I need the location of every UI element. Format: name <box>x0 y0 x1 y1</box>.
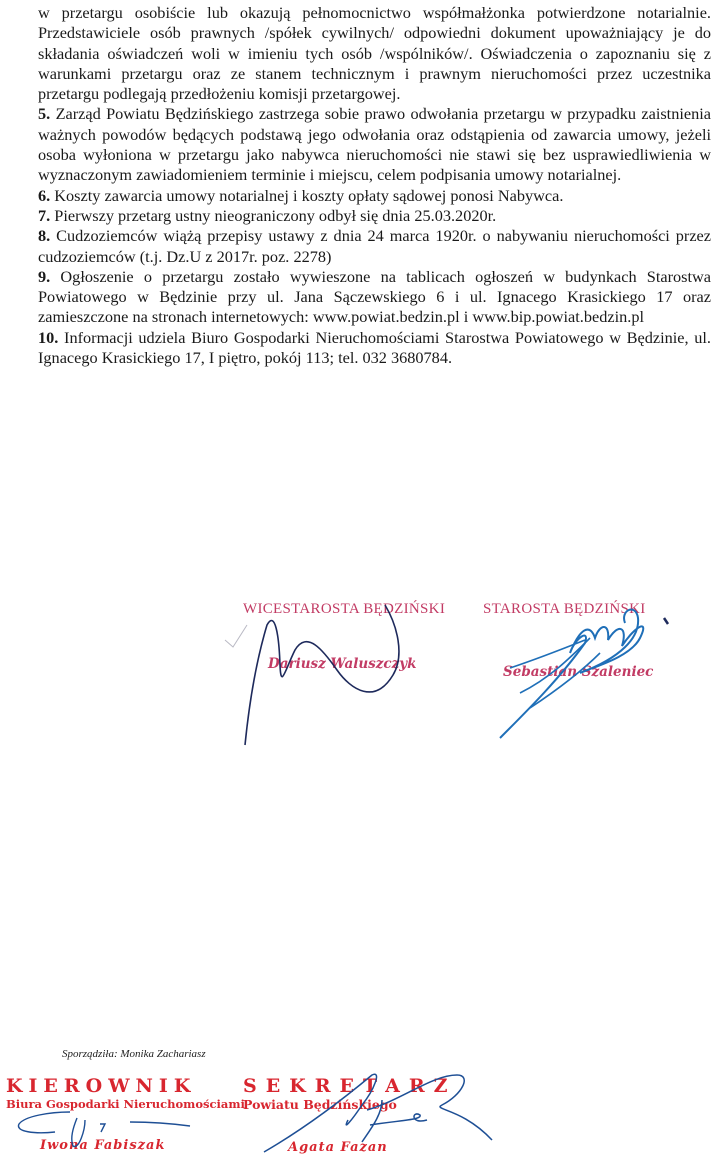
paragraph-6: 6. Koszty zawarcia umowy notarialnej i k… <box>38 186 711 206</box>
paragraph-number: 5. <box>38 104 50 123</box>
prepared-by: Sporządziła: Monika Zachariasz <box>62 1048 206 1060</box>
paragraph-text: Koszty zawarcia umowy notarialnej i kosz… <box>50 186 563 205</box>
paragraph-10: 10. Informacji udziela Biuro Gospodarki … <box>38 328 711 369</box>
paragraph-continuation: w przetargu osobiście lub okazują pełnom… <box>38 3 711 104</box>
starost-signature-icon <box>490 598 680 748</box>
head-office-stamp: KIEROWNIK Biura Gospodarki Nieruchomości… <box>6 1075 245 1111</box>
paragraph-9: 9. Ogłoszenie o przetargu zostało wywies… <box>38 267 711 328</box>
paragraph-number: 6. <box>38 186 50 205</box>
paragraph-8: 8. Cudzoziemców wiążą przepisy ustawy z … <box>38 226 711 267</box>
paragraph-number: 7. <box>38 206 50 225</box>
paragraph-text: Pierwszy przetarg ustny nieograniczony o… <box>50 206 496 225</box>
paragraph-text: Cudzoziemców wiążą przepisy ustawy z dni… <box>38 226 711 265</box>
paragraph-number: 9. <box>38 267 50 286</box>
paragraph-text: Zarząd Powiatu Będzińskiego zastrzega so… <box>38 104 711 184</box>
stamp-title: KIEROWNIK <box>6 1075 245 1097</box>
paragraph-text: w przetargu osobiście lub okazują pełnom… <box>38 3 711 103</box>
paragraph-text: Informacji udziela Biuro Gospodarki Nier… <box>38 328 711 367</box>
paragraph-text: Ogłoszenie o przetargu zostało wywieszon… <box>38 267 711 327</box>
head-office-signature-icon <box>15 1110 190 1150</box>
document-body: w przetargu osobiście lub okazują pełnom… <box>38 3 711 368</box>
paragraph-number: 8. <box>38 226 50 245</box>
stamp-subtitle: Biura Gospodarki Nieruchomościami <box>6 1097 245 1111</box>
paragraph-5: 5. Zarząd Powiatu Będzińskiego zastrzega… <box>38 104 711 185</box>
paragraph-number: 10. <box>38 328 58 347</box>
vice-starost-signature-icon <box>225 595 425 745</box>
secretary-signature-icon <box>262 1070 492 1167</box>
paragraph-7: 7. Pierwszy przetarg ustny nieograniczon… <box>38 206 711 226</box>
document-page: w przetargu osobiście lub okazują pełnom… <box>0 0 720 1167</box>
